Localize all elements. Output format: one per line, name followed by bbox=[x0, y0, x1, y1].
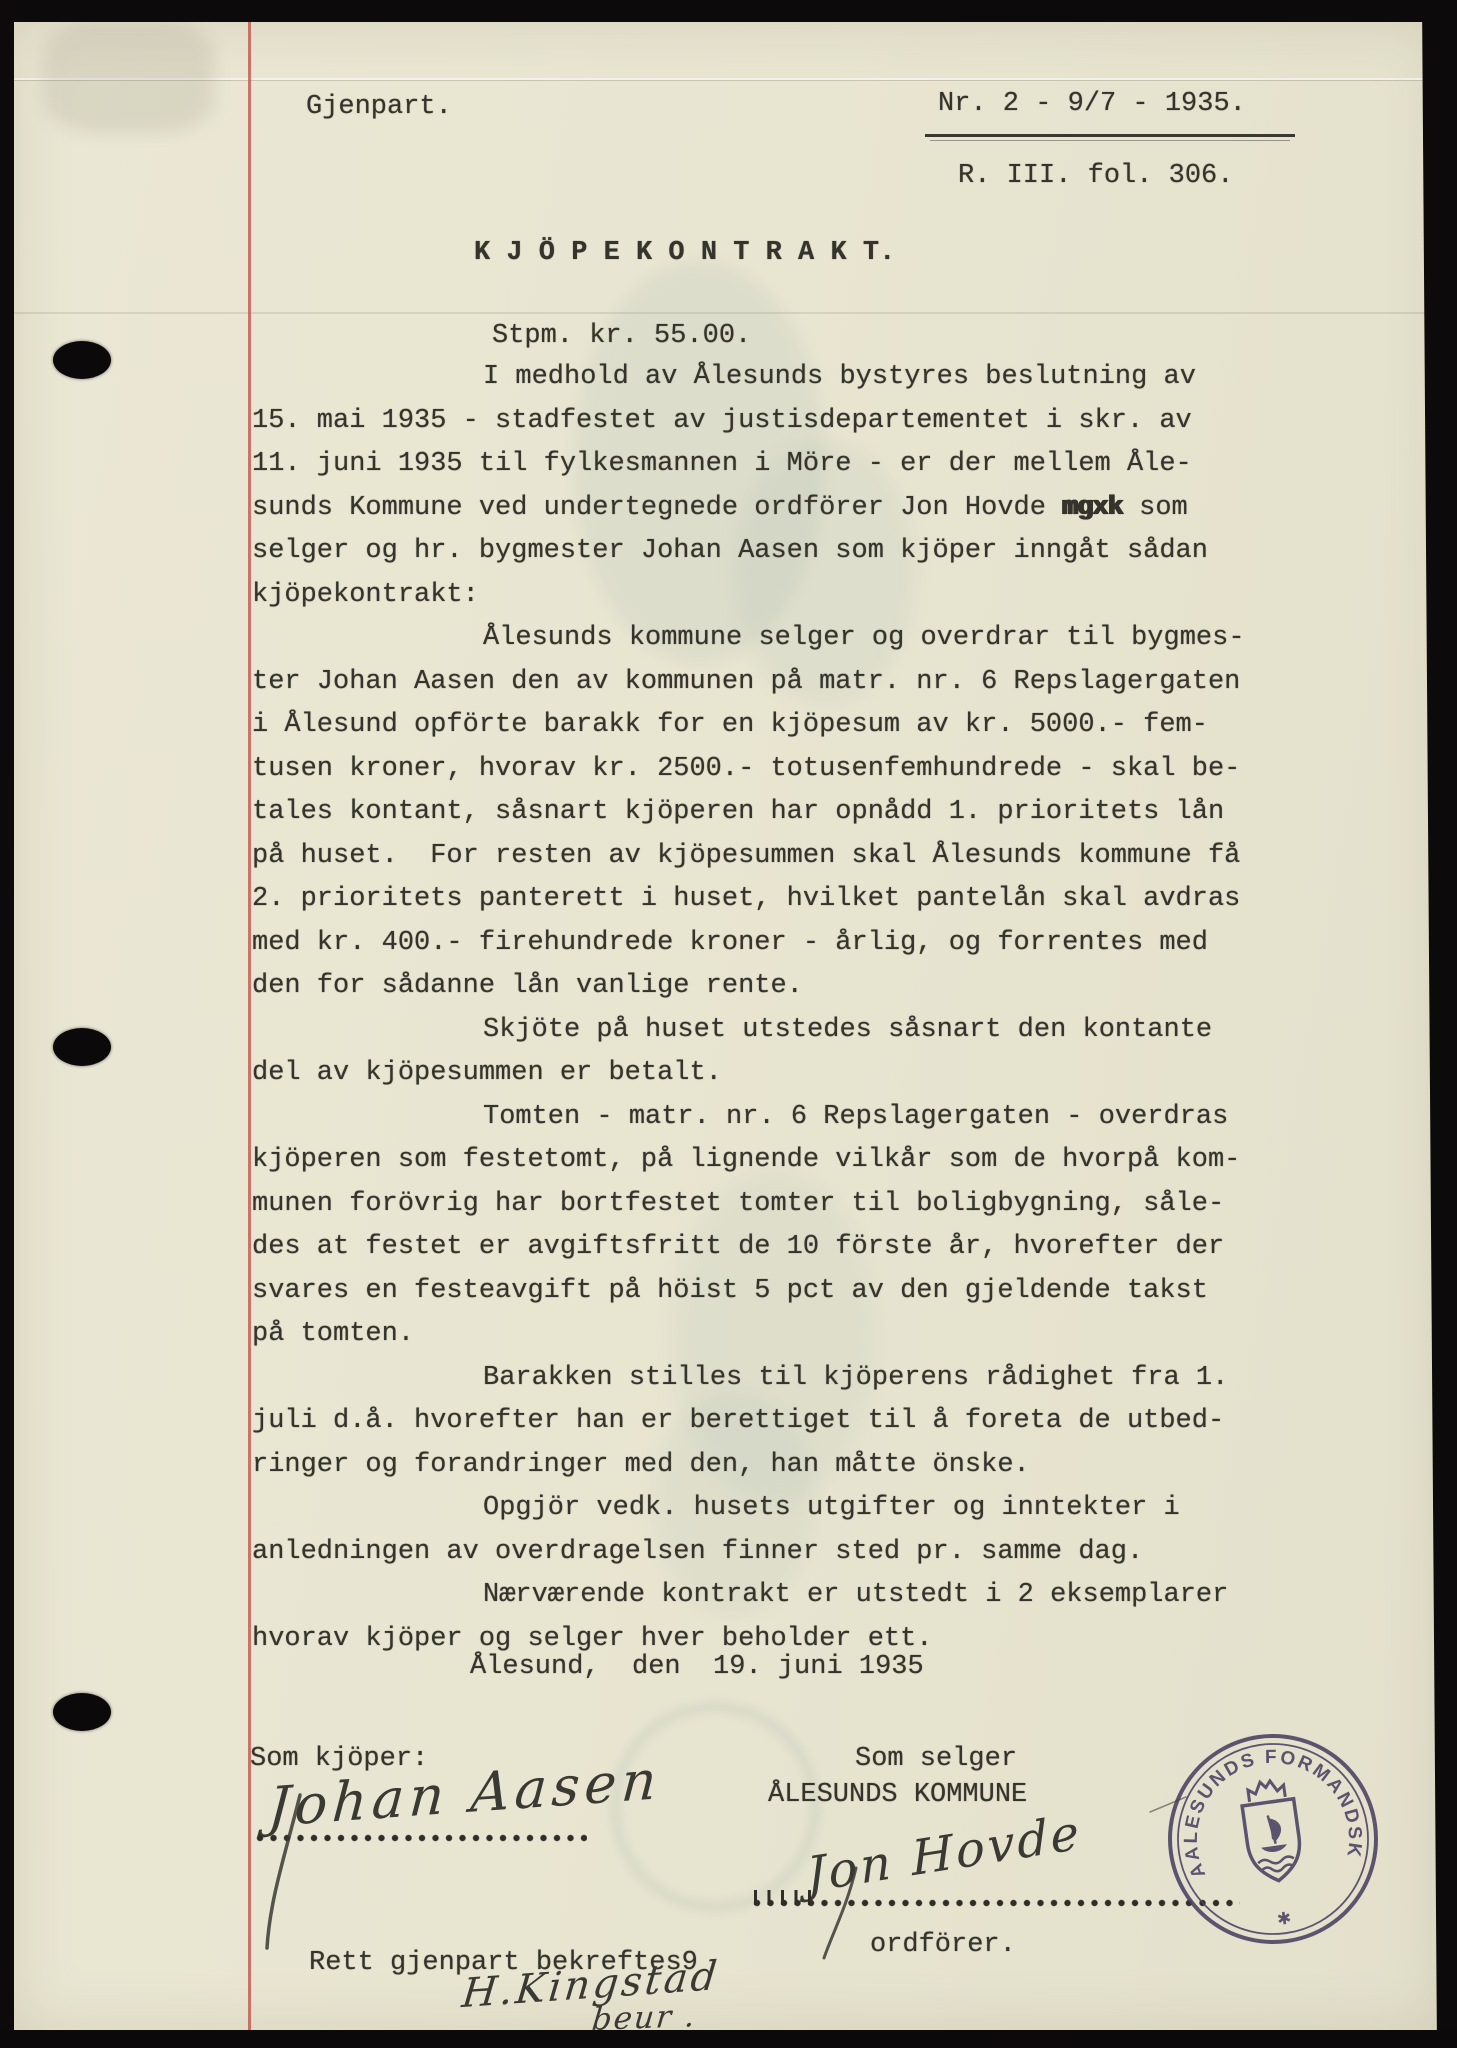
body-line: tusen kroner, hvorav kr. 2500.- totusenf… bbox=[252, 748, 1312, 792]
body-line: ter Johan Aasen den av kommunen på matr.… bbox=[252, 661, 1312, 705]
body-line: 2. prioritets panterett i huset, hvilket… bbox=[252, 878, 1312, 922]
body-line: selger og hr. bygmester Johan Aasen som … bbox=[252, 530, 1312, 574]
body-line: Nærværende kontrakt er utstedt i 2 eksem… bbox=[252, 1574, 1312, 1618]
body-line: juli d.å. hvorefter han er berettiget ti… bbox=[252, 1400, 1312, 1444]
journal-number-underline-echo bbox=[930, 140, 1290, 141]
paper-crease-mid bbox=[14, 312, 1443, 314]
body-text: I medhold av Ålesunds bystyres beslutnin… bbox=[252, 356, 1312, 1661]
body-line: munen forövrig har bortfestet tomter til… bbox=[252, 1183, 1312, 1227]
body-line: ringer og forandringer med den, han mått… bbox=[252, 1444, 1312, 1488]
scan-edge-top bbox=[0, 0, 1457, 22]
body-line: i Ålesund opförte barakk for en kjöpesum… bbox=[252, 704, 1312, 748]
punch-hole bbox=[53, 1028, 111, 1066]
body-line: Opgjör vedk. husets utgifter og inntekte… bbox=[252, 1487, 1312, 1531]
body-line: svares en festeavgift på höist 5 pct av … bbox=[252, 1270, 1312, 1314]
buyer-signature-line bbox=[255, 1833, 587, 1843]
paper-smudge bbox=[44, 22, 214, 132]
seller-label: Som selger bbox=[855, 1744, 1017, 1774]
body-line: på huset. For resten av kjöpesummen skal… bbox=[252, 835, 1312, 879]
body-line: del av kjöpesummen er betalt. bbox=[252, 1052, 1312, 1096]
scan-edge-bottom bbox=[0, 2030, 1457, 2048]
body-line: sunds Kommune ved undertegnede ordförer … bbox=[252, 487, 1312, 531]
stamp-ring-text: AALESUNDS FORMANDSKAP bbox=[1157, 1723, 1369, 1890]
register-reference: R. III. fol. 306. bbox=[958, 161, 1233, 191]
paper-crease-top bbox=[14, 78, 1443, 80]
document-title: K J Ö P E K O N T R A K T. bbox=[474, 238, 895, 268]
body-line: anledningen av overdragelsen finner sted… bbox=[252, 1531, 1312, 1575]
seller-role: ordförer. bbox=[870, 1930, 1016, 1960]
punch-hole bbox=[53, 1693, 111, 1731]
body-line: kjöperen som festetomt, på lignende vilk… bbox=[252, 1139, 1312, 1183]
body-line: Barakken stilles til kjöperens rådighet … bbox=[252, 1357, 1312, 1401]
body-line: med kr. 400.- firehundrede kroner - årli… bbox=[252, 922, 1312, 966]
seller-org: ÅLESUNDS KOMMUNE bbox=[768, 1780, 1027, 1810]
body-line: Ålesunds kommune selger og overdrar til … bbox=[252, 617, 1312, 661]
body-line: Skjöte på huset utstedes såsnart den kon… bbox=[252, 1009, 1312, 1053]
body-line: på tomten. bbox=[252, 1313, 1312, 1357]
body-line: 11. juni 1935 til fylkesmannen i Möre - … bbox=[252, 443, 1312, 487]
date-line: Ålesund, den 19. juni 1935 bbox=[470, 1652, 924, 1682]
body-line: tales kontant, såsnart kjöperen har opnå… bbox=[252, 791, 1312, 835]
body-line: kjöpekontrakt: bbox=[252, 574, 1312, 618]
stamp-duty: Stpm. kr. 55.00. bbox=[492, 321, 751, 351]
body-line: des at festet er avgiftsfritt de 10 förs… bbox=[252, 1226, 1312, 1270]
margin-line bbox=[248, 22, 251, 2032]
overstruck-word: mgxk bbox=[1062, 493, 1123, 523]
body-line: I medhold av Ålesunds bystyres beslutnin… bbox=[252, 356, 1312, 400]
body-line: den for sådanne lån vanlige rente. bbox=[252, 965, 1312, 1009]
body-line: Tomten - matr. nr. 6 Repslagergaten - ov… bbox=[252, 1096, 1312, 1140]
punch-hole bbox=[53, 341, 111, 379]
body-line: 15. mai 1935 - stadfestet av justisdepar… bbox=[252, 400, 1312, 444]
svg-text:AALESUNDS FORMANDSKAP: AALESUNDS FORMANDSKAP bbox=[1157, 1723, 1369, 1890]
journal-number-underline bbox=[925, 134, 1295, 137]
scan-edge-left bbox=[0, 0, 14, 2048]
municipal-stamp: AALESUNDS FORMANDSKAP ✱ bbox=[1157, 1723, 1389, 1955]
journal-number: Nr. 2 - 9/7 - 1935. bbox=[938, 89, 1246, 119]
copy-label: Gjenpart. bbox=[306, 92, 452, 122]
scanned-page: Gjenpart. Nr. 2 - 9/7 - 1935. R. III. fo… bbox=[0, 0, 1457, 2048]
stamp-asterisk: ✱ bbox=[1276, 1905, 1293, 1932]
